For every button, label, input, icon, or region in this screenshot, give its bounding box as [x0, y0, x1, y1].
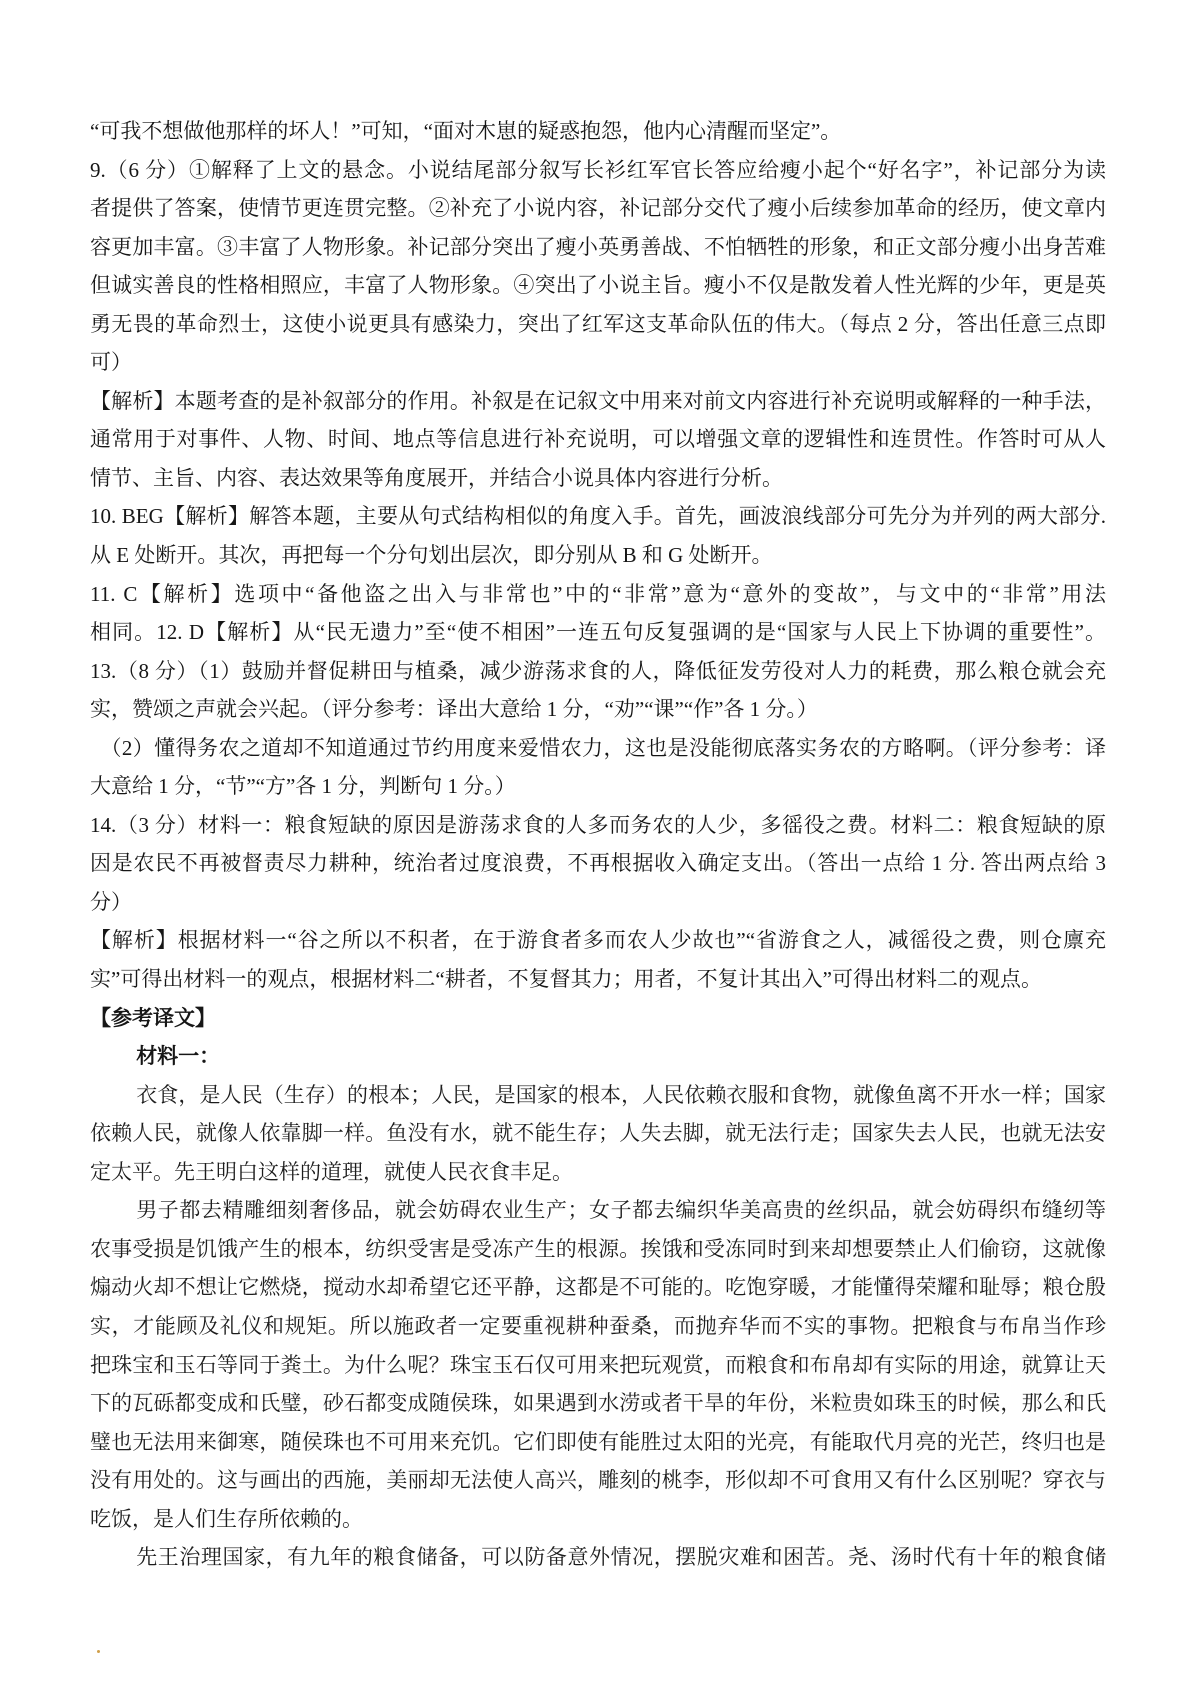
- text-line: 因是农民不再被督责尽力耕种，统治者过度浪费，不再根据收入确定支出。（答出一点给 …: [90, 844, 1106, 883]
- text-line: 依赖人民，就像人依靠脚一样。鱼没有水，就不能生存；人失去脚，就无法行走；国家失去…: [90, 1114, 1106, 1153]
- text-line: 农事受损是饥饿产生的根本，纺织受害是受冻产生的根源。挨饿和受冻同时到来却想要禁止…: [90, 1230, 1106, 1269]
- text-line: 10. BEG【解析】解答本题，主要从句式结构相似的角度入手。首先，画波浪线部分…: [90, 497, 1106, 536]
- text-line: 14.（3 分）材料一：粮食短缺的原因是游荡求食的人多而务农的人少，多徭役之费。…: [90, 806, 1106, 845]
- scan-artifact-dot: [97, 1650, 100, 1653]
- text-line: 把珠宝和玉石等同于粪土。为什么呢？珠宝玉石仅可用来把玩观赏，而粮食和布帛却有实际…: [90, 1346, 1106, 1385]
- material-label: 材料一：: [90, 1037, 1106, 1076]
- text-line: （2）懂得务农之道却不知道通过节约用度来爱惜农力，这也是没能彻底落实务农的方略啊…: [90, 729, 1106, 768]
- text-line: 11. C【解析】选项中“备他盗之出入与非常也”中的“非常”意为“意外的变故”，…: [90, 575, 1106, 614]
- text-line: 分）: [90, 883, 1106, 922]
- text-line: 勇无畏的革命烈士，这使小说更具有感染力，突出了红军这支革命队伍的伟大。（每点 2…: [90, 305, 1106, 344]
- text-line: 男子都去精雕细刻奢侈品，就会妨碍农业生产；女子都去编织华美高贵的丝织品，就会妨碍…: [90, 1191, 1106, 1230]
- text-line: 通常用于对事件、人物、时间、地点等信息进行补充说明，可以增强文章的逻辑性和连贯性…: [90, 420, 1106, 459]
- text-line: 璧也无法用来御寒，随侯珠也不可用来充饥。它们即使有能胜过太阳的光亮，有能取代月亮…: [90, 1423, 1106, 1462]
- text-line: 容更加丰富。③丰富了人物形象。补记部分突出了瘦小英勇善战、不怕牺牲的形象，和正文…: [90, 228, 1106, 267]
- text-line: 情节、主旨、内容、表达效果等角度展开，并结合小说具体内容进行分析。: [90, 459, 1106, 498]
- text-line: 先王治理国家，有九年的粮食储备，可以防备意外情况，摆脱灾难和困苦。尧、汤时代有十…: [90, 1538, 1106, 1577]
- text-line: 实，才能顾及礼仪和规矩。所以施政者一定要重视耕种蚕桑，而抛弃华而不实的事物。把粮…: [90, 1307, 1106, 1346]
- text-line: 煽动火却不想让它燃烧，搅动水却希望它还平静，这都是不可能的。吃饱穿暖，才能懂得荣…: [90, 1268, 1106, 1307]
- text-line: 9.（6 分）①解释了上文的悬念。小说结尾部分叙写长衫红军官长答应给瘦小起个“好…: [90, 151, 1106, 190]
- text-line: 实，赞颂之声就会兴起。（评分参考：译出大意给 1 分，“劝”“课”“作”各 1 …: [90, 690, 1106, 729]
- text-line: 衣食，是人民（生存）的根本；人民，是国家的根本，人民依赖衣服和食物，就像鱼离不开…: [90, 1076, 1106, 1115]
- text-line: 大意给 1 分，“节”“方”各 1 分，判断句 1 分。）: [90, 767, 1106, 806]
- text-line: 下的瓦砾都变成和氏璧，砂石都变成随侯珠，如果遇到水涝或者干旱的年份，米粒贵如珠玉…: [90, 1384, 1106, 1423]
- text-line: 相同。12. D【解析】从“民无遗力”至“使不相困”一连五句反复强调的是“国家与…: [90, 613, 1106, 652]
- text-line: 吃饭，是人们生存所依赖的。: [90, 1500, 1106, 1539]
- text-line: 但诚实善良的性格相照应，丰富了人物形象。④突出了小说主旨。瘦小不仅是散发着人性光…: [90, 266, 1106, 305]
- document-page: “可我不想做他那样的坏人！”可知，“面对木崽的疑惑抱怨，他内心清醒而坚定”。9.…: [0, 0, 1200, 1698]
- text-line: 定太平。先王明白这样的道理，就使人民衣食丰足。: [90, 1153, 1106, 1192]
- text-line: 者提供了答案，使情节更连贯完整。②补充了小说内容，补记部分交代了瘦小后续参加革命…: [90, 189, 1106, 228]
- text-line: 没有用处的。这与画出的西施，美丽却无法使人高兴，雕刻的桃李，形似却不可食用又有什…: [90, 1461, 1106, 1500]
- text-line: “可我不想做他那样的坏人！”可知，“面对木崽的疑惑抱怨，他内心清醒而坚定”。: [90, 112, 1106, 151]
- translation-heading: 【参考译文】: [90, 999, 1106, 1038]
- text-block: “可我不想做他那样的坏人！”可知，“面对木崽的疑惑抱怨，他内心清醒而坚定”。9.…: [90, 112, 1106, 1577]
- text-line: 可）: [90, 343, 1106, 382]
- text-line: 13.（8 分）（1）鼓励并督促耕田与植桑，减少游荡求食的人，降低征发劳役对人力…: [90, 652, 1106, 691]
- text-line: 实”可得出材料一的观点，根据材料二“耕者，不复督其力；用者，不复计其出入”可得出…: [90, 960, 1106, 999]
- text-line: 从 E 处断开。其次，再把每一个分句划出层次，即分别从 B 和 G 处断开。: [90, 536, 1106, 575]
- text-line: 【解析】根据材料一“谷之所以不积者，在于游食者多而农人少故也”“省游食之人，减徭…: [90, 921, 1106, 960]
- text-line: 【解析】本题考查的是补叙部分的作用。补叙是在记叙文中用来对前文内容进行补充说明或…: [90, 382, 1106, 421]
